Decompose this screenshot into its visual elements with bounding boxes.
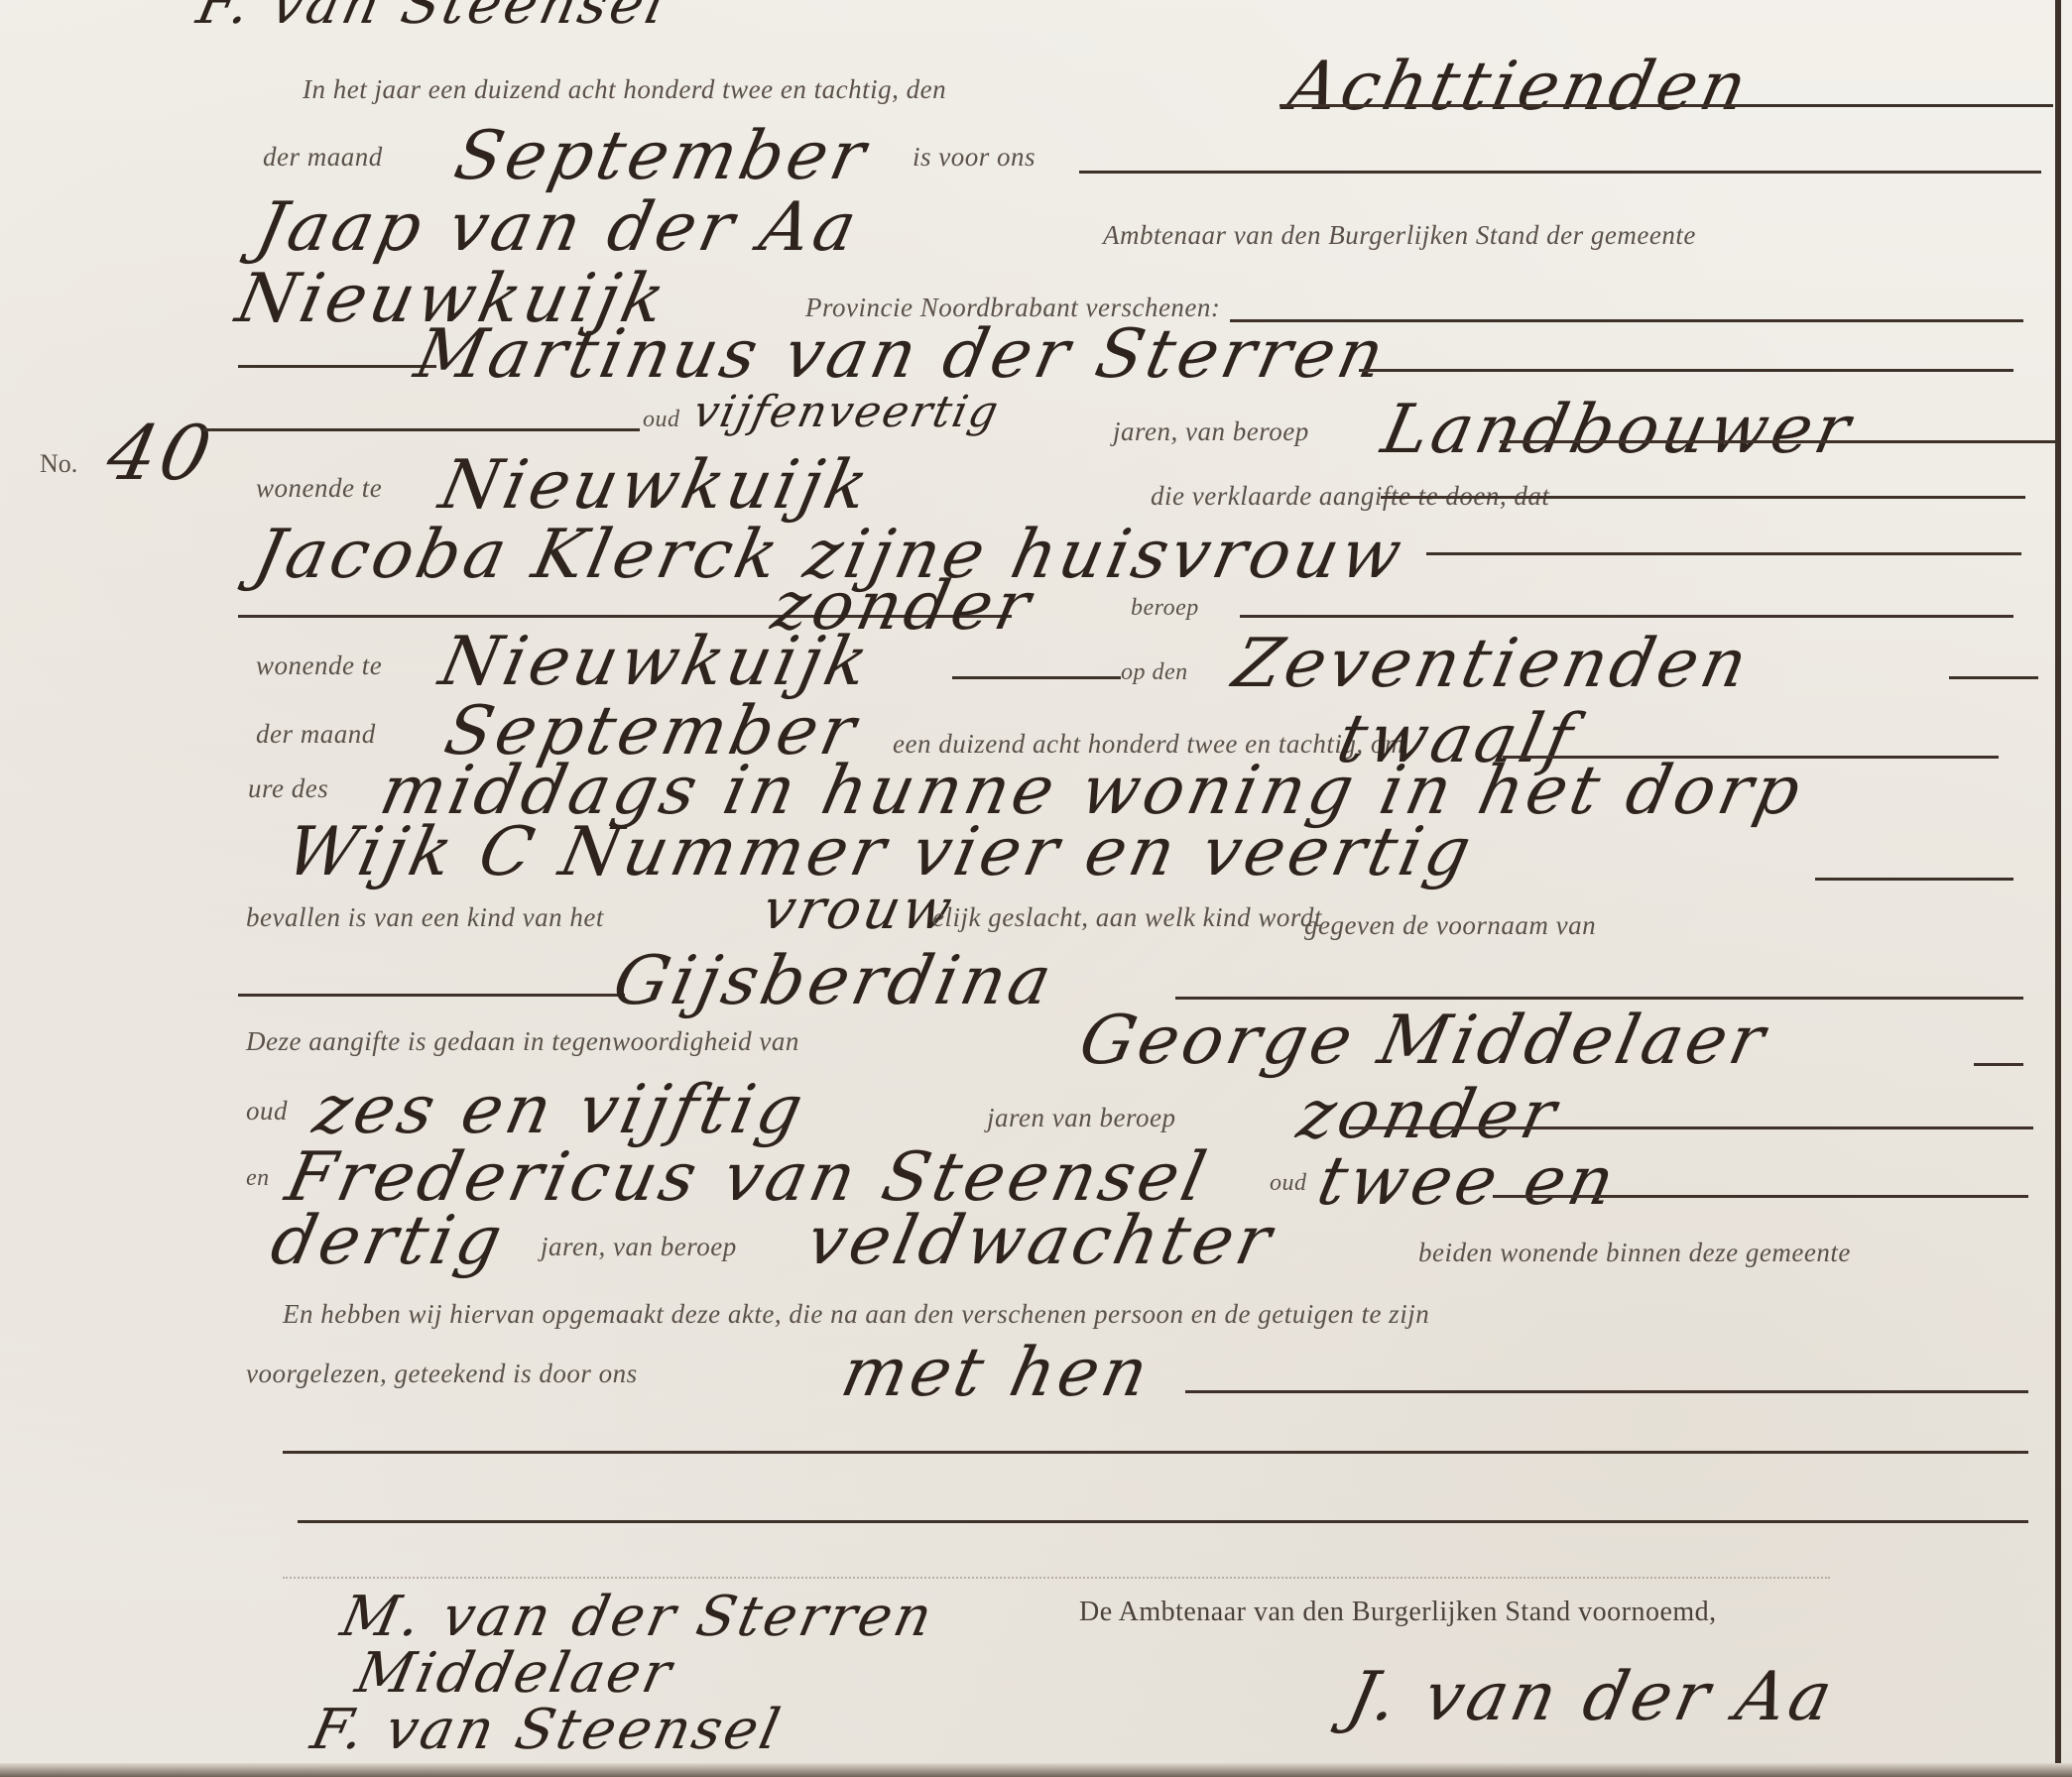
printed-der-maand-2: der maand — [256, 719, 376, 750]
printed-oud-2: oud — [246, 1096, 288, 1126]
signature-declarant: M. van der Sterren — [335, 1585, 940, 1649]
printed-wonende-te: wonende te — [256, 473, 382, 504]
fill-rule — [1949, 676, 2038, 679]
hw-declarant-residence: Nieuwkuijk — [433, 446, 879, 525]
printed-beiden-wonende: beiden wonende binnen deze gemeente — [1418, 1238, 1851, 1268]
record-number-label: No. — [40, 449, 77, 479]
fill-rule — [238, 365, 436, 368]
fill-rule — [1974, 1063, 2023, 1066]
blank-rule — [298, 1520, 2028, 1523]
printed-deze-aangifte: Deze aangifte is gedaan in tegenwoordigh… — [246, 1026, 799, 1057]
printed-jaren-beroep-3: jaren, van beroep — [541, 1232, 737, 1262]
birth-certificate-page: F. van Steensel In het jaar een duizend … — [0, 0, 2072, 1777]
fill-rule — [1815, 878, 2013, 881]
fill-rule — [1079, 171, 2041, 174]
fill-rule — [1240, 615, 2013, 618]
printed-beroep: beroep — [1131, 595, 1199, 622]
hw-birth-day: Zeventienden — [1227, 625, 1758, 703]
printed-is-voor-ons: is voor ons — [913, 142, 1036, 173]
printed-ambtenaar: Ambtenaar van den Burgerlijken Stand der… — [1103, 220, 1696, 251]
printed-oud-3: oud — [1270, 1170, 1307, 1197]
printed-voornaam: gegeven de voornaam van — [1304, 910, 1596, 941]
fill-rule — [1280, 104, 2053, 107]
hw-official: Jaap van der Aa — [250, 188, 867, 267]
page-right-border — [2055, 0, 2061, 1777]
printed-closing: De Ambtenaar van den Burgerlijken Stand … — [1079, 1597, 1717, 1628]
hw-witness2-age-b: dertig — [265, 1202, 513, 1280]
printed-op-den: op den — [1121, 659, 1188, 686]
printed-geslacht: elijk geslacht, aan welk kind wordt — [932, 902, 1322, 933]
printed-wonende-te-2: wonende te — [256, 651, 382, 681]
printed-oud: oud — [643, 407, 680, 433]
hw-declarant: Martinus van der Sterren — [409, 315, 1395, 394]
fill-rule — [1493, 1195, 2028, 1198]
signature-official: J. van der Aa — [1341, 1658, 1843, 1736]
hw-witness2-occupation: veldwachter — [800, 1202, 1281, 1280]
hw-witness2-age-a: twee en — [1311, 1142, 1625, 1221]
hw-month: September — [448, 117, 876, 195]
fill-rule — [1175, 997, 2023, 1000]
printed-ure-des: ure des — [248, 773, 328, 804]
printed-line-1: In het jaar een duizend acht honderd twe… — [303, 74, 946, 105]
hw-declarant-age: vijfenveertig — [689, 387, 1005, 437]
fill-rule — [1500, 440, 2055, 443]
fill-rule — [1185, 1390, 2028, 1393]
fill-rule — [1381, 496, 2025, 499]
fill-rule — [952, 676, 1121, 679]
printed-voorgelezen: voorgelezen, geteekend is door ons — [246, 1359, 638, 1389]
hw-witness1-name: George Middelaer — [1073, 1002, 1775, 1080]
fill-rule — [1359, 369, 2013, 372]
fill-rule — [203, 428, 640, 431]
fill-rule — [1349, 1126, 2033, 1129]
blank-rule — [283, 1451, 2028, 1454]
hw-day: Achttienden — [1281, 48, 1758, 126]
printed-en: en — [246, 1165, 270, 1192]
hw-signed-with: met hen — [835, 1334, 1158, 1412]
hw-child-name: Gijsberdina — [607, 942, 1062, 1020]
printed-der-maand: der maand — [263, 142, 383, 173]
record-number: 40 — [100, 409, 223, 497]
printed-jaren-beroep-2: jaren van beroep — [987, 1103, 1175, 1133]
printed-bevallen: bevallen is van een kind van het — [246, 902, 604, 933]
fill-rule — [1426, 552, 2021, 555]
hw-sex: vrouw — [757, 878, 960, 942]
fill-rule — [238, 994, 625, 997]
carryover-signature: F. van Steensel — [191, 0, 673, 37]
hw-mother-residence: Nieuwkuijk — [433, 623, 879, 701]
printed-jaren-beroep: jaren, van beroep — [1113, 416, 1309, 447]
blank-dotted-rule — [283, 1577, 1830, 1579]
page-bottom-edge — [0, 1763, 2072, 1777]
signature-witness1: Middelaer — [350, 1641, 679, 1706]
printed-en-hebben: En hebben wij hiervan opgemaakt deze akt… — [283, 1299, 1429, 1330]
hw-declarant-occupation: Landbouwer — [1376, 391, 1861, 469]
signature-witness2: F. van Steensel — [305, 1698, 788, 1762]
